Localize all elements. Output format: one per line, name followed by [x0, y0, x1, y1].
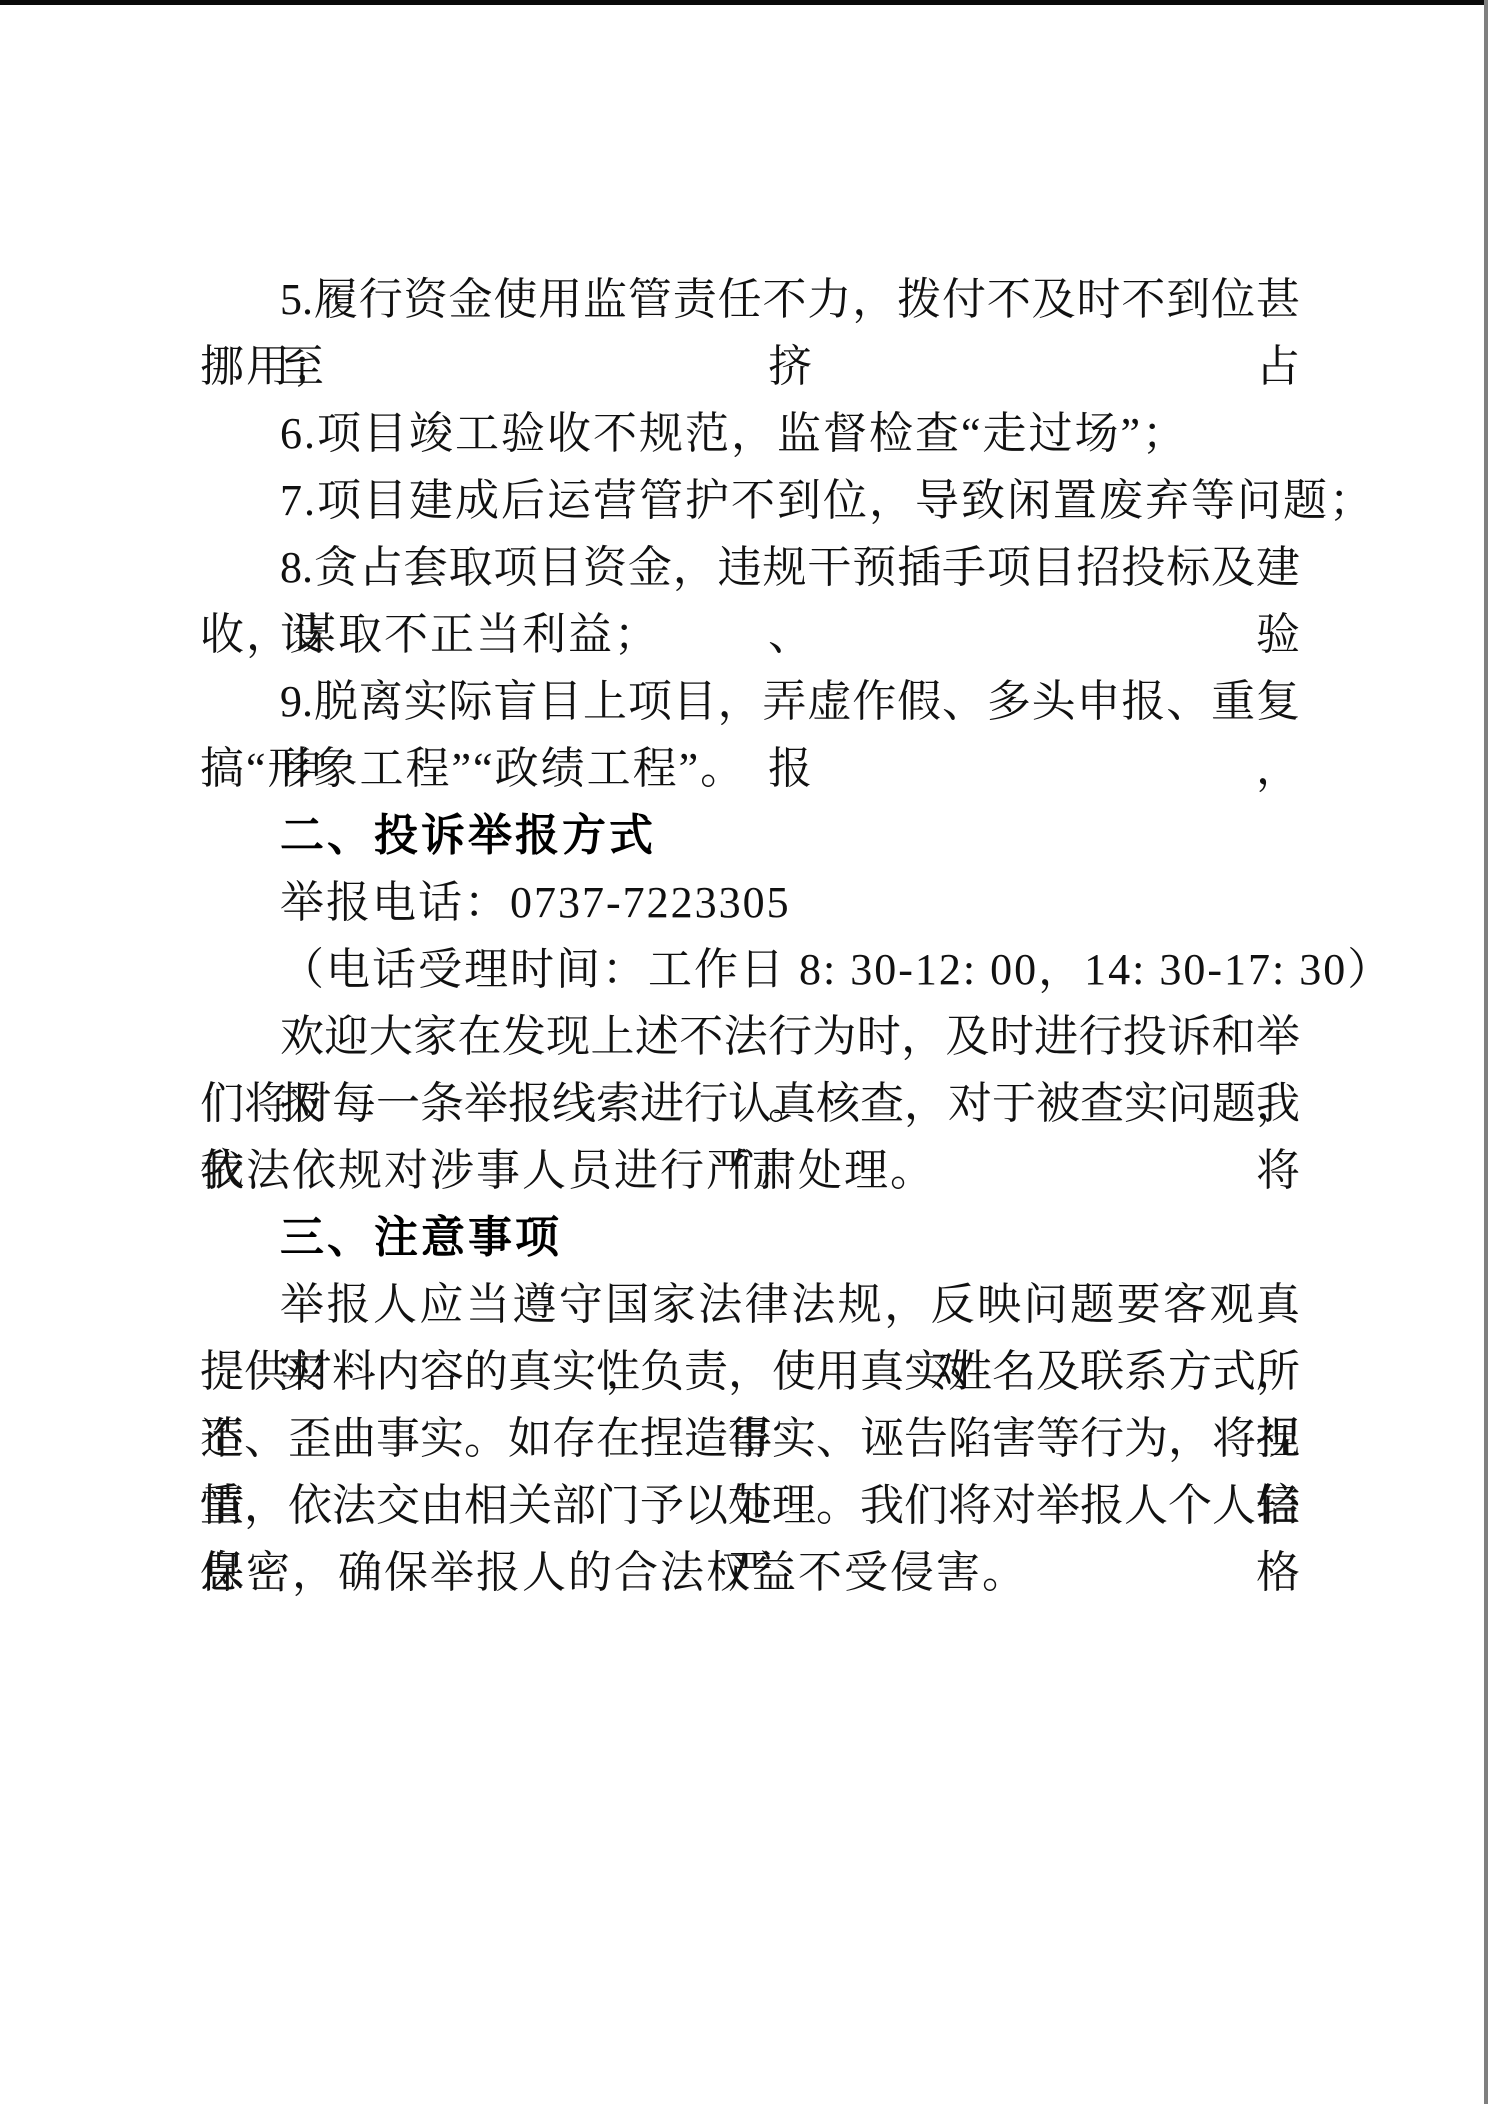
doc-line-hotline-phone: 举报电话：0737-7223305 [200, 869, 1300, 936]
doc-line-notes-4: 重，依法交由相关部门予以处理。我们将对举报人个人信息严格 [200, 1472, 1300, 1539]
document-body: 5.履行资金使用监管责任不力，拨付不及时不到位甚至挤占 挪用； 6.项目竣工验收… [200, 266, 1300, 1606]
doc-line-item5-1: 5.履行资金使用监管责任不力，拨付不及时不到位甚至挤占 [200, 266, 1300, 333]
doc-line-notes-1: 举报人应当遵守国家法律法规，反映问题要客观真实，对所 [200, 1271, 1300, 1338]
document-page: 5.履行资金使用监管责任不力，拨付不及时不到位甚至挤占 挪用； 6.项目竣工验收… [0, 0, 1488, 2104]
heading-section-2: 二、投诉举报方式 [200, 802, 1300, 869]
doc-line-notes-2: 提供材料内容的真实性负责，使用真实姓名及联系方式，不得捏 [200, 1338, 1300, 1405]
doc-line-notes-3: 造、歪曲事实。如存在捏造事实、诬告陷害等行为，将视情节轻 [200, 1405, 1300, 1472]
doc-line-item7: 7.项目建成后运营管护不到位，导致闲置废弃等问题； [200, 467, 1300, 534]
heading-section-3: 三、注意事项 [200, 1204, 1300, 1271]
page-right-edge [1484, 0, 1488, 2104]
doc-line-welcome-2: 们将对每一条举报线索进行认真核查，对于被查实问题，我们将 [200, 1070, 1300, 1137]
doc-line-item6: 6.项目竣工验收不规范，监督检查“走过场”； [200, 400, 1300, 467]
doc-line-welcome-1: 欢迎大家在发现上述不法行为时，及时进行投诉和举报。我 [200, 1003, 1300, 1070]
doc-line-item8-1: 8.贪占套取项目资金，违规干预插手项目招投标及建设、验 [200, 534, 1300, 601]
doc-line-item9-1: 9.脱离实际盲目上项目，弄虚作假、多头申报、重复申报， [200, 668, 1300, 735]
doc-line-hotline-hours: （电话受理时间：工作日 8: 30-12: 00，14: 30-17: 30） [200, 936, 1300, 1003]
page-top-edge [0, 0, 1488, 5]
